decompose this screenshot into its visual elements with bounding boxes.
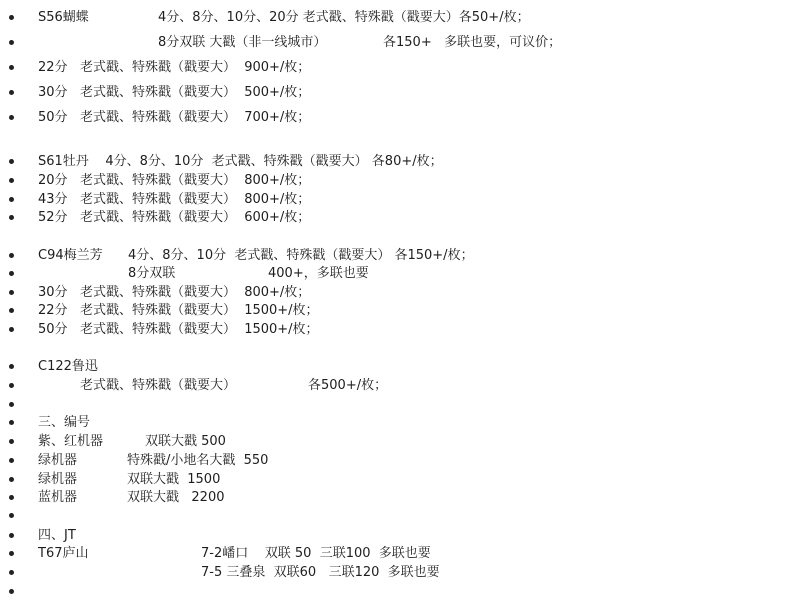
bullet-icon	[9, 115, 14, 120]
list-item: 22分 老式戳、特殊戳（戳要大） 900+/枚；	[0, 59, 800, 77]
list-item-text: 8分双联	[128, 265, 175, 283]
list-item-text: S56蝴蝶	[38, 9, 89, 27]
list-item: 8分双联400+，多联也要	[0, 265, 800, 283]
bullet-icon	[9, 90, 14, 95]
list-item-text: 特殊戳/小地名大戳 550	[127, 452, 268, 470]
list-item-text: 30分 老式戳、特殊戳（戳要大） 800+/枚；	[38, 284, 310, 302]
list-item-text: 400+，多联也要	[268, 265, 369, 283]
list-item: 30分 老式戳、特殊戳（戳要大） 500+/枚；	[0, 84, 800, 102]
bullet-icon	[9, 40, 14, 45]
bullet-icon	[9, 533, 14, 538]
list-item-text: 各500+/枚；	[308, 377, 387, 395]
list-item-text: 双联大戳 500	[145, 433, 226, 451]
bullet-icon	[9, 458, 14, 463]
list-item: S61牡丹 4分、8分、10分 老式戳、特殊戳（戳要大） 各80+/枚；	[0, 153, 800, 171]
bullet-icon	[9, 65, 14, 70]
list-item: 蓝机器双联大戳 2200	[0, 489, 800, 507]
list-item: 43分 老式戳、特殊戳（戳要大） 800+/枚；	[0, 191, 800, 209]
list-item-text: 50分 老式戳、特殊戳（戳要大） 700+/枚；	[38, 109, 310, 127]
list-item: 四、JT	[0, 527, 800, 545]
list-item-text: 三、编号	[38, 414, 90, 432]
bullet-icon	[9, 513, 14, 518]
list-item-text: 52分 老式戳、特殊戳（戳要大） 600+/枚；	[38, 209, 310, 227]
bullet-icon	[9, 327, 14, 332]
list-item-text: S61牡丹 4分、8分、10分 老式戳、特殊戳（戳要大） 各80+/枚；	[38, 153, 443, 171]
list-item: 8分双联 大戳（非一线城市）各150+ 多联也要，可议价；	[0, 34, 800, 52]
list-item-text: 4分、8分、10分、20分 老式戳、特殊戳（戳要大）各50+/枚；	[158, 9, 530, 27]
list-item: 20分 老式戳、特殊戳（戳要大） 800+/枚；	[0, 172, 800, 190]
list-item: S56蝴蝶4分、8分、10分、20分 老式戳、特殊戳（戳要大）各50+/枚；	[0, 9, 800, 27]
list-item	[0, 396, 800, 414]
bullet-icon	[9, 420, 14, 425]
list-item: C122鲁迅	[0, 358, 800, 376]
list-item-text: C94梅兰芳	[38, 247, 103, 265]
list-item-text: 20分 老式戳、特殊戳（戳要大） 800+/枚；	[38, 172, 310, 190]
bullet-icon	[9, 495, 14, 500]
list-item-text: 双联大戳 1500	[127, 471, 220, 489]
list-item-text: 43分 老式戳、特殊戳（戳要大） 800+/枚；	[38, 191, 310, 209]
list-item-text: 7-2嶓口 双联 50 三联100 多联也要	[201, 545, 431, 563]
bullet-icon	[9, 383, 14, 388]
list-item: 30分 老式戳、特殊戳（戳要大） 800+/枚；	[0, 284, 800, 302]
list-item: 绿机器双联大戳 1500	[0, 471, 800, 489]
list-item-text: 老式戳、特殊戳（戳要大）	[80, 377, 236, 395]
list-item-text: 各150+ 多联也要，可议价；	[383, 34, 561, 52]
bullet-icon	[9, 402, 14, 407]
list-item	[0, 507, 800, 525]
list-item-text: 绿机器	[38, 471, 77, 489]
list-item: T67庐山7-2嶓口 双联 50 三联100 多联也要	[0, 545, 800, 563]
list-item: 50分 老式戳、特殊戳（戳要大） 1500+/枚；	[0, 321, 800, 339]
list-item: 50分 老式戳、特殊戳（戳要大） 700+/枚；	[0, 109, 800, 127]
list-item-text: C122鲁迅	[38, 358, 98, 376]
list-item: 绿机器特殊戳/小地名大戳 550	[0, 452, 800, 470]
list-item-text: 4分、8分、10分 老式戳、特殊戳（戳要大） 各150+/枚；	[128, 247, 474, 265]
list-item: 三、编号	[0, 414, 800, 432]
bullet-icon	[9, 308, 14, 313]
bullet-icon	[9, 253, 14, 258]
list-item-text: 22分 老式戳、特殊戳（戳要大） 900+/枚；	[38, 59, 310, 77]
bullet-icon	[9, 589, 14, 594]
bullet-icon	[9, 15, 14, 20]
list-item-text: 绿机器	[38, 452, 77, 470]
list-item-text: 双联大戳 2200	[127, 489, 224, 507]
list-item-text: 30分 老式戳、特殊戳（戳要大） 500+/枚；	[38, 84, 310, 102]
list-item-text: 22分 老式戳、特殊戳（戳要大） 1500+/枚；	[38, 302, 319, 320]
list-item-text: 蓝机器	[38, 489, 77, 507]
list-item-text: 8分双联 大戳（非一线城市）	[158, 34, 326, 52]
bullet-icon	[9, 197, 14, 202]
list-item-text: 四、JT	[38, 527, 76, 545]
list-item: 52分 老式戳、特殊戳（戳要大） 600+/枚；	[0, 209, 800, 227]
list-item-text: 50分 老式戳、特殊戳（戳要大） 1500+/枚；	[38, 321, 319, 339]
list-item-text: 紫、红机器	[38, 433, 103, 451]
bullet-icon	[9, 215, 14, 220]
bullet-icon	[9, 159, 14, 164]
bullet-icon	[9, 178, 14, 183]
bullet-icon	[9, 364, 14, 369]
bullet-icon	[9, 477, 14, 482]
list-item: C94梅兰芳4分、8分、10分 老式戳、特殊戳（戳要大） 各150+/枚；	[0, 247, 800, 265]
list-item-text: T67庐山	[38, 545, 88, 563]
list-item: 7-5 三叠泉 双联60 三联120 多联也要	[0, 564, 800, 582]
bullet-icon	[9, 570, 14, 575]
bullet-icon	[9, 271, 14, 276]
list-item: 22分 老式戳、特殊戳（戳要大） 1500+/枚；	[0, 302, 800, 320]
list-item-text: 7-5 三叠泉 双联60 三联120 多联也要	[201, 564, 440, 582]
list-item: 紫、红机器双联大戳 500	[0, 433, 800, 451]
bullet-icon	[9, 551, 14, 556]
bullet-icon	[9, 290, 14, 295]
list-item	[0, 583, 800, 600]
list-item: 老式戳、特殊戳（戳要大）各500+/枚；	[0, 377, 800, 395]
bullet-icon	[9, 439, 14, 444]
